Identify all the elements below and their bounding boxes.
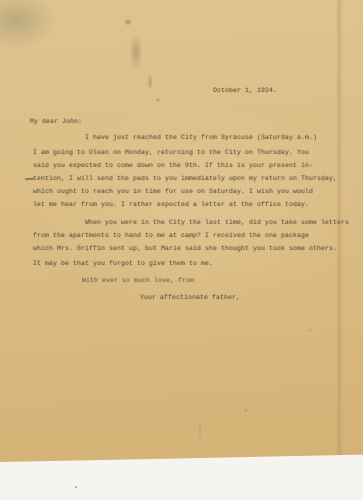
dust-speck	[75, 486, 77, 488]
letter-line: It may be that you forgot to give them t…	[33, 260, 213, 268]
letter-line: which Mrs. Griffin sent up, but Marie sa…	[33, 245, 337, 253]
letter-salutation: My dear John:	[30, 118, 82, 126]
letter-line: I have just reached the City from Syracu…	[85, 134, 317, 142]
letter-line: which ought to reach you in time for use…	[33, 188, 313, 196]
letter-line: said you expected to come down on the 9t…	[33, 162, 313, 170]
letter-paper: October 1, 1924. My dear John: I have ju…	[0, 0, 363, 462]
letter-date: October 1, 1924.	[213, 87, 277, 95]
letter-line: I am going to Olean on Monday, returning…	[33, 149, 309, 157]
letter-signature: Your affectionate father,	[140, 294, 240, 302]
letter-line: tention, I will send the pads to you imm…	[33, 175, 337, 183]
letter-line: let me hear from you. I rather expected …	[33, 201, 309, 209]
letter-line: When you were in the City the last time,…	[85, 219, 349, 227]
letter-closing: With ever so much love, from	[82, 277, 194, 285]
letter-line: from the apartments to hand to me at cam…	[33, 232, 309, 240]
